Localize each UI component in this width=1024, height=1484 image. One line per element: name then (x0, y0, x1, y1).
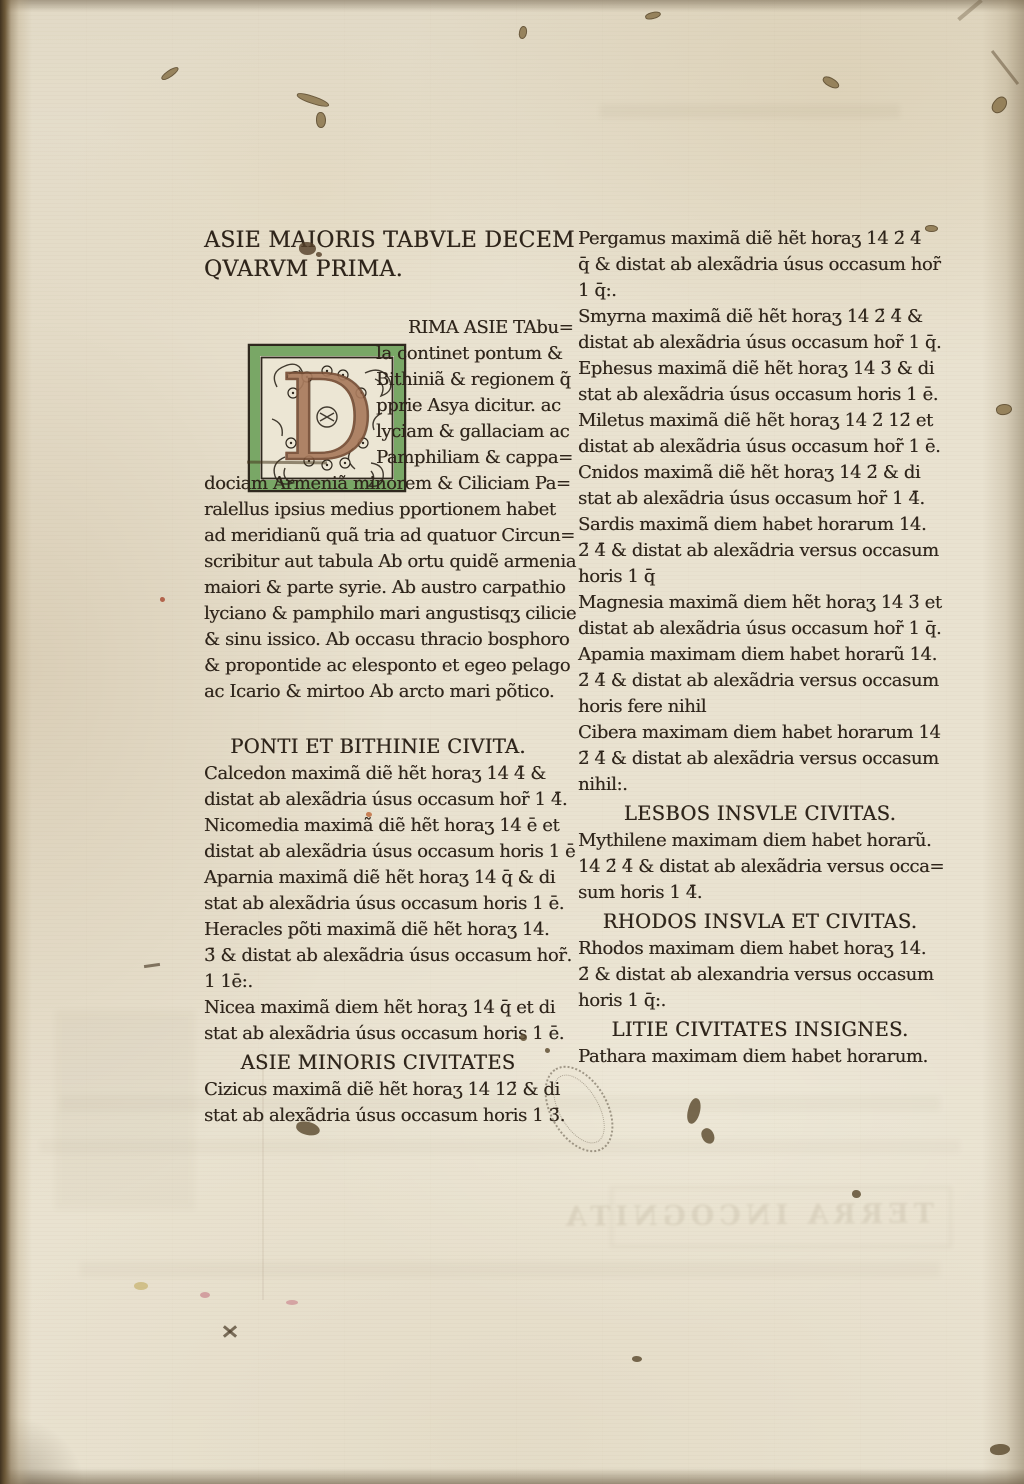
speck (632, 1356, 642, 1362)
show-through-row (40, 1140, 960, 1153)
pen-cross-mark (223, 1325, 237, 1338)
ponti-cities-paragraph: Calcedon maximã diẽ hẽt horaʒ 14 4̄ & di… (204, 761, 552, 1047)
book-page: TERRA INCOGNITA ASIE MAIORIS TABVLE DECE… (0, 0, 1024, 1484)
litie-paragraph: Pathara maximam diem habet horarum. (578, 1044, 942, 1070)
drop-cap-woodcut: D (247, 343, 407, 493)
drop-cap: D (204, 317, 364, 467)
right-column: Pergamus maximã diẽ hẽt horaʒ 14 2̄ 4̄ q… (578, 226, 942, 1070)
wormhole (821, 74, 841, 90)
section-heading-rhodos: RHODOS INSVLA ET CIVITAS. (578, 909, 942, 935)
lesbos-paragraph: Mythilene maximam diem habet horarũ. 14 … (578, 828, 942, 906)
section-heading-lesbos: LESBOS INSVLE CIVITAS. (578, 801, 942, 827)
page-edge-right (982, 0, 1024, 1484)
yellow-stain (134, 1282, 148, 1290)
section-heading-ponti: PONTI ET BITHINIE CIVITA. (204, 734, 552, 760)
wormhole (685, 1097, 703, 1125)
wormhole (644, 10, 661, 21)
pink-stain (286, 1300, 298, 1305)
red-speck (160, 597, 165, 602)
pink-stain (200, 1292, 210, 1298)
section-heading-litie: LITIE CIVITATES INSIGNES. (578, 1017, 942, 1043)
show-through-text: TERRA INCOGNITA (624, 1199, 934, 1233)
pen-cross-mark (223, 1325, 237, 1338)
asia-cities-paragraph: Pergamus maximã diẽ hẽt horaʒ 14 2̄ 4̄ q… (578, 226, 942, 798)
wormhole (699, 1126, 717, 1146)
opening-paragraph: D RIMA ASIE TAbu= la continet pontum & B… (204, 289, 552, 731)
show-through-row (80, 1262, 940, 1277)
margin-dash (144, 963, 160, 968)
show-through-smudge (600, 104, 900, 118)
wormhole (990, 1443, 1011, 1456)
show-through-margin-block (55, 1010, 195, 1210)
show-through-frame (610, 1186, 952, 1248)
wormhole (518, 25, 529, 39)
binding-edge (0, 0, 32, 1484)
speck (852, 1190, 861, 1198)
page-edge-top (0, 0, 1024, 12)
left-column: ASIE MAIORIS TABVLE DECEM QVARVM PRIMA. (204, 226, 552, 1129)
wormhole (995, 403, 1013, 417)
wormhole (989, 94, 1011, 116)
page-corner-shadow (0, 1384, 120, 1484)
drop-cap-letter: D (279, 349, 373, 487)
crease-line (991, 50, 1019, 85)
rhodos-paragraph: Rhodos maximam diem habet horaʒ 14. 2̄ &… (578, 936, 942, 1014)
wormhole (160, 65, 180, 82)
page-edge-bottom (0, 1468, 1024, 1484)
page-title: ASIE MAIORIS TABVLE DECEM QVARVM PRIMA. (204, 226, 552, 284)
section-heading-asie-minoris: ASIE MINORIS CIVITATES (204, 1050, 552, 1076)
wormhole (316, 112, 326, 128)
asie-minoris-paragraph: Cizicus maximã diẽ hẽt horaʒ 14 12̄ & di… (204, 1077, 552, 1129)
wormhole (296, 91, 331, 109)
crease-line (957, 0, 983, 21)
